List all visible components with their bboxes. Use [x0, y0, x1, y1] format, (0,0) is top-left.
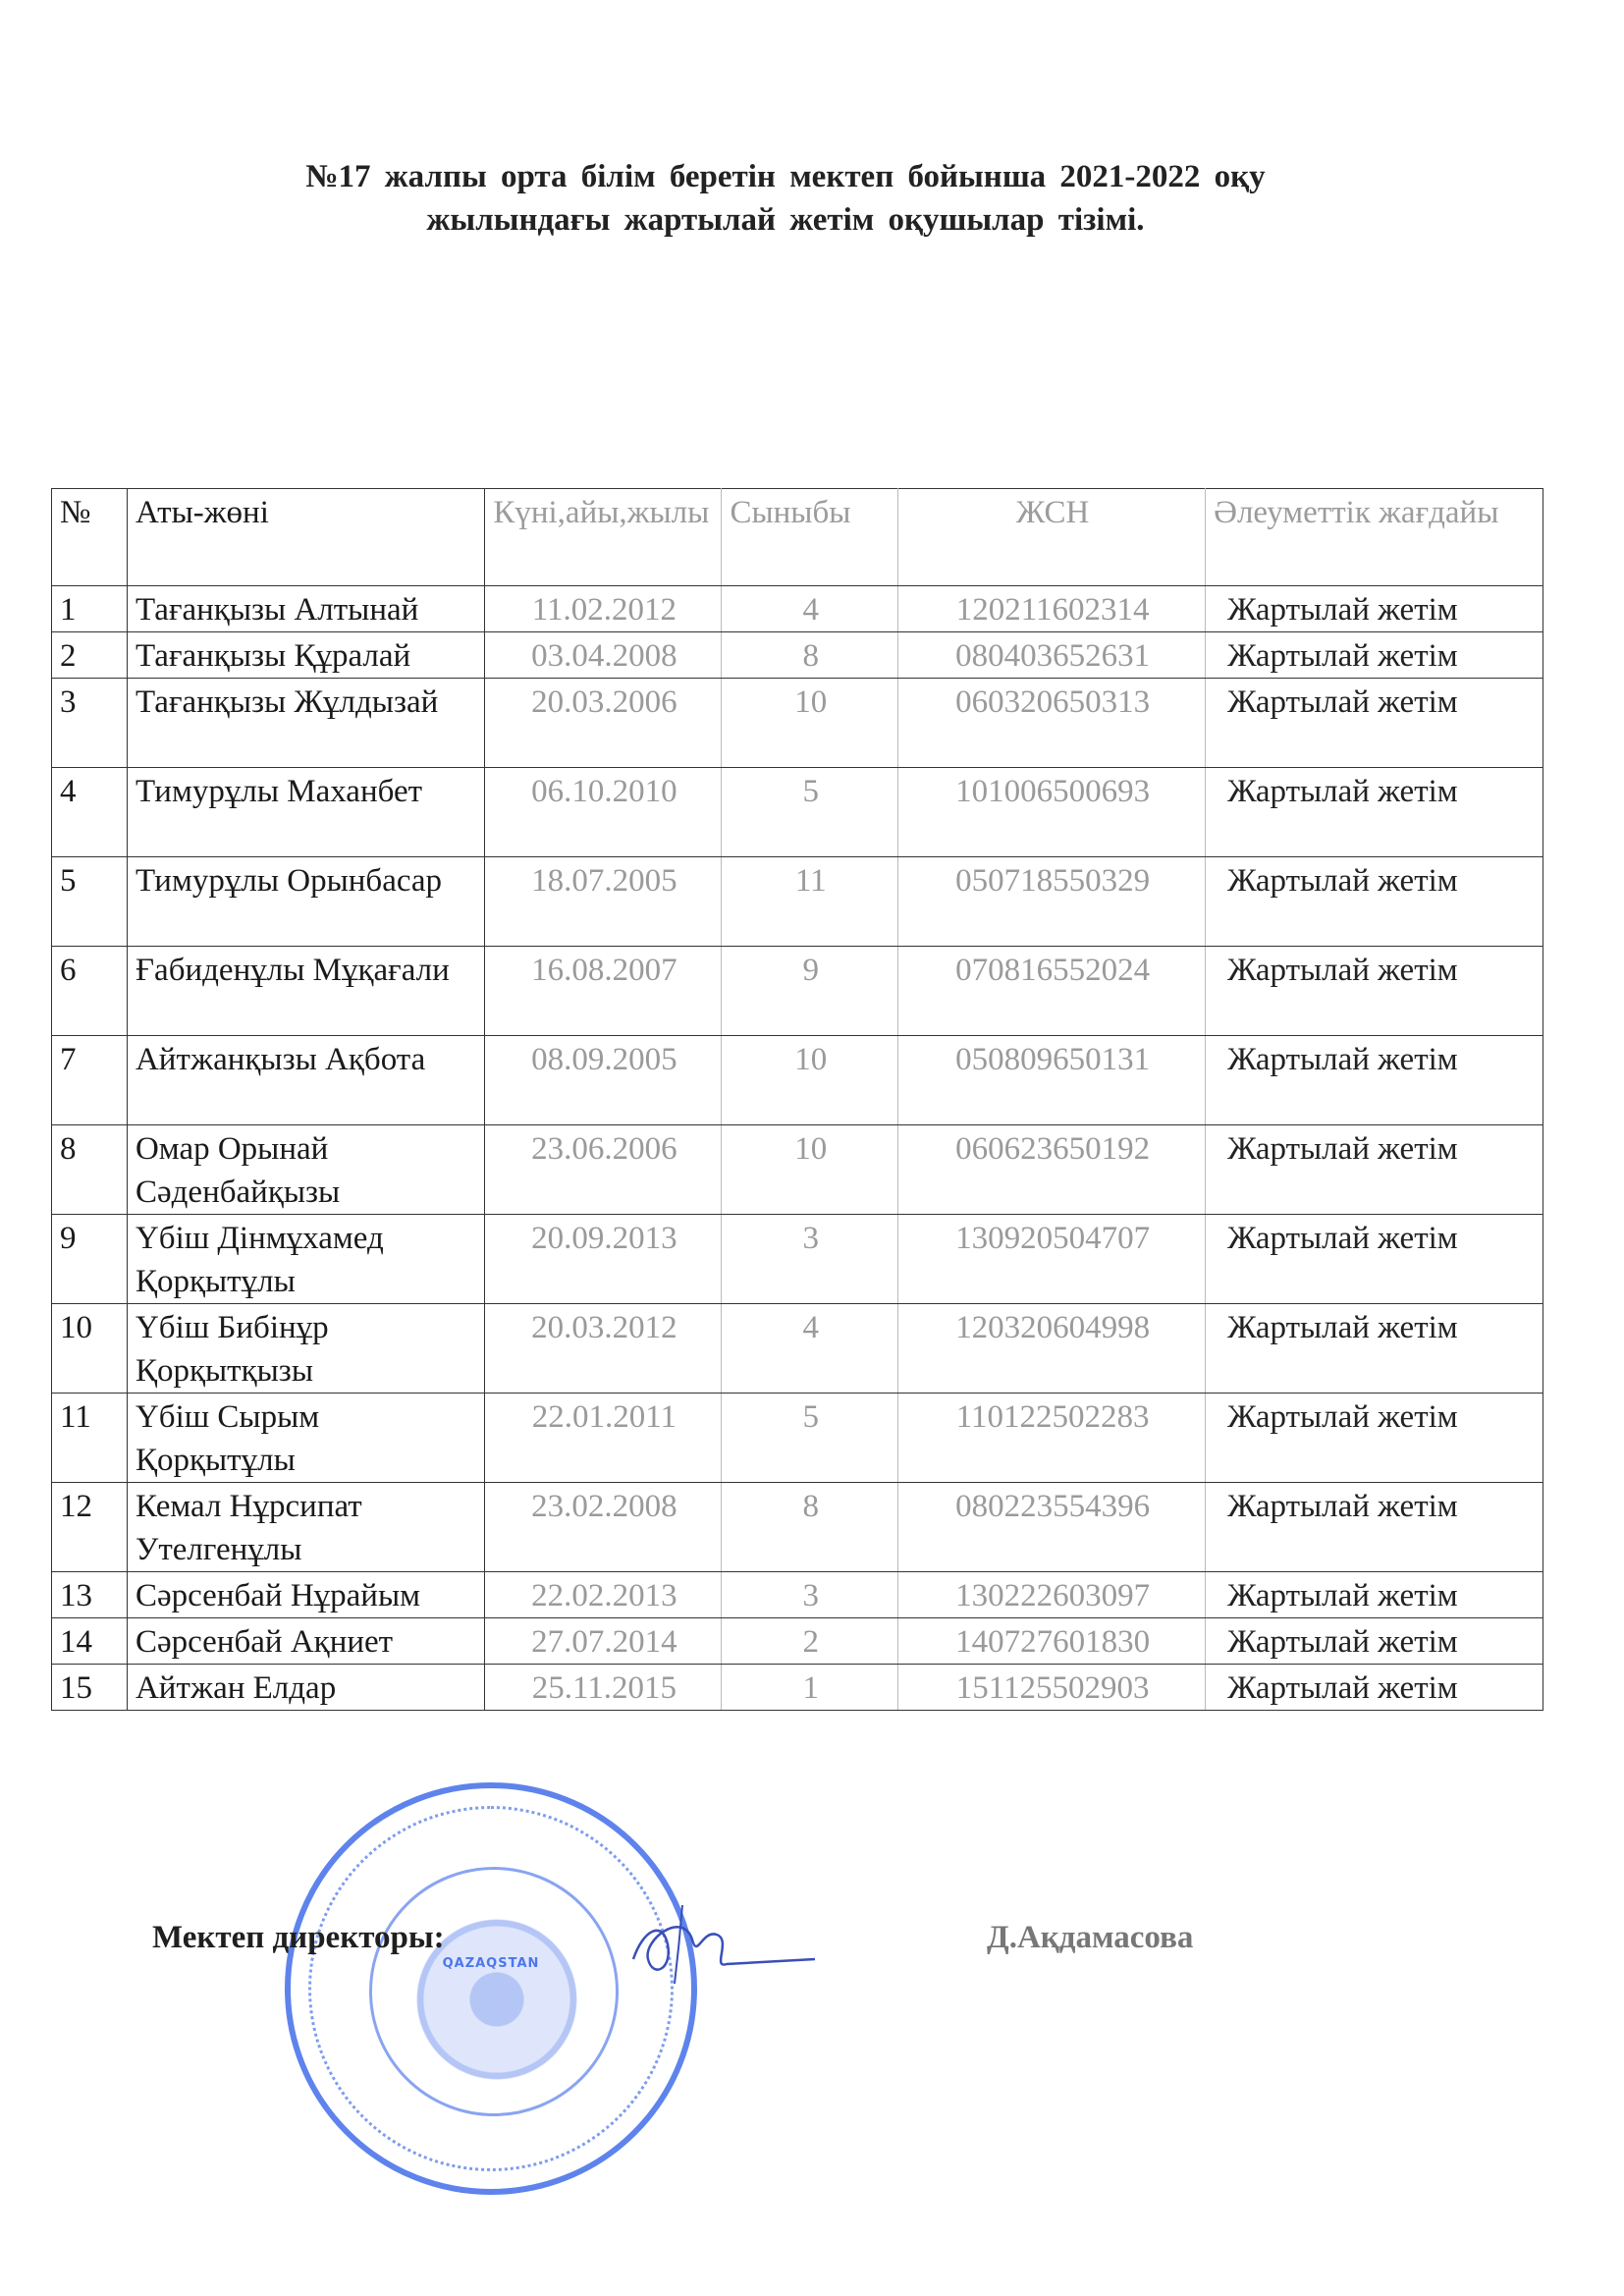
cell-number: 10 [52, 1304, 128, 1394]
header-grade: Сыныбы [722, 489, 898, 586]
title-line-1: №17 жалпы орта білім беретін мектеп бойы… [167, 155, 1404, 198]
cell-grade: 10 [722, 1036, 898, 1125]
header-number: № [52, 489, 128, 586]
cell-iin: 060623650192 [898, 1125, 1206, 1215]
cell-social-status: Жартылай жетім [1206, 947, 1543, 1036]
cell-social-status: Жартылай жетім [1206, 768, 1543, 857]
cell-grade: 5 [722, 1394, 898, 1483]
cell-full-name: Сәрсенбай Ақниет [127, 1618, 484, 1665]
cell-grade: 2 [722, 1618, 898, 1665]
cell-social-status: Жартылай жетім [1206, 1618, 1543, 1665]
cell-birth-date: 22.02.2013 [485, 1572, 722, 1618]
cell-birth-date: 23.06.2006 [485, 1125, 722, 1215]
cell-grade: 1 [722, 1665, 898, 1711]
table-row: 15Айтжан Елдар25.11.20151151125502903Жар… [52, 1665, 1543, 1711]
cell-iin: 110122502283 [898, 1394, 1206, 1483]
cell-birth-date: 25.11.2015 [485, 1665, 722, 1711]
cell-grade: 10 [722, 1125, 898, 1215]
cell-iin: 120320604998 [898, 1304, 1206, 1394]
cell-grade: 5 [722, 768, 898, 857]
table-row: 9Үбіш Дінмұхамед Қорқытұлы20.09.20133130… [52, 1215, 1543, 1304]
cell-iin: 101006500693 [898, 768, 1206, 857]
cell-iin: 130920504707 [898, 1215, 1206, 1304]
cell-iin: 120211602314 [898, 586, 1206, 632]
director-name: Д.Ақдамасова [987, 1920, 1193, 1956]
cell-social-status: Жартылай жетім [1206, 632, 1543, 679]
cell-social-status: Жартылай жетім [1206, 586, 1543, 632]
cell-social-status: Жартылай жетім [1206, 1665, 1543, 1711]
cell-iin: 140727601830 [898, 1618, 1206, 1665]
cell-number: 9 [52, 1215, 128, 1304]
cell-number: 2 [52, 632, 128, 679]
signature-icon [623, 1900, 820, 1989]
cell-social-status: Жартылай жетім [1206, 1125, 1543, 1215]
cell-iin: 050718550329 [898, 857, 1206, 947]
cell-full-name: Тимурұлы Маханбет [127, 768, 484, 857]
cell-number: 3 [52, 679, 128, 768]
official-stamp: QAZAQSTAN [285, 1782, 697, 2195]
header-birth-date: Күні,айы,жылы [485, 489, 722, 586]
cell-grade: 8 [722, 632, 898, 679]
cell-grade: 3 [722, 1215, 898, 1304]
cell-birth-date: 16.08.2007 [485, 947, 722, 1036]
director-label: Мектеп директоры: [152, 1920, 445, 1956]
table-row: 1Тағанқызы Алтынай11.02.2012412021160231… [52, 586, 1543, 632]
cell-full-name: Тимурұлы Орынбасар [127, 857, 484, 947]
cell-social-status: Жартылай жетім [1206, 1483, 1543, 1572]
table-row: 6Ғабиденұлы Мұқағали16.08.20079070816552… [52, 947, 1543, 1036]
cell-birth-date: 03.04.2008 [485, 632, 722, 679]
cell-full-name: Үбіш Сырым Қорқытұлы [127, 1394, 484, 1483]
cell-number: 14 [52, 1618, 128, 1665]
cell-social-status: Жартылай жетім [1206, 857, 1543, 947]
cell-grade: 4 [722, 1304, 898, 1394]
cell-birth-date: 06.10.2010 [485, 768, 722, 857]
header-iin: ЖСН [898, 489, 1206, 586]
cell-iin: 080223554396 [898, 1483, 1206, 1572]
cell-full-name: Ғабиденұлы Мұқағали [127, 947, 484, 1036]
cell-birth-date: 20.03.2012 [485, 1304, 722, 1394]
cell-number: 8 [52, 1125, 128, 1215]
cell-number: 6 [52, 947, 128, 1036]
header-social-status: Әлеуметтік жағдайы [1206, 489, 1543, 586]
table-body: 1Тағанқызы Алтынай11.02.2012412021160231… [52, 586, 1543, 1711]
cell-social-status: Жартылай жетім [1206, 1215, 1543, 1304]
cell-number: 7 [52, 1036, 128, 1125]
cell-birth-date: 11.02.2012 [485, 586, 722, 632]
cell-number: 13 [52, 1572, 128, 1618]
title-line-2: жылындағы жартылай жетім оқушылар тізімі… [167, 198, 1404, 242]
table-row: 14Сәрсенбай Ақниет27.07.2014214072760183… [52, 1618, 1543, 1665]
cell-full-name: Сәрсенбай Нұрайым [127, 1572, 484, 1618]
cell-grade: 11 [722, 857, 898, 947]
cell-grade: 3 [722, 1572, 898, 1618]
cell-birth-date: 08.09.2005 [485, 1036, 722, 1125]
cell-iin: 060320650313 [898, 679, 1206, 768]
cell-social-status: Жартылай жетім [1206, 1572, 1543, 1618]
cell-birth-date: 20.03.2006 [485, 679, 722, 768]
cell-full-name: Айтжан Елдар [127, 1665, 484, 1711]
cell-full-name: Айтжанқызы Ақбота [127, 1036, 484, 1125]
table-row: 3Тағанқызы Жұлдызай20.03.200610060320650… [52, 679, 1543, 768]
cell-number: 4 [52, 768, 128, 857]
cell-birth-date: 20.09.2013 [485, 1215, 722, 1304]
cell-social-status: Жартылай жетім [1206, 679, 1543, 768]
table-row: 8Омар Орынай Сәденбайқызы23.06.200610060… [52, 1125, 1543, 1215]
cell-birth-date: 22.01.2011 [485, 1394, 722, 1483]
cell-full-name: Тағанқызы Алтынай [127, 586, 484, 632]
cell-birth-date: 27.07.2014 [485, 1618, 722, 1665]
cell-number: 12 [52, 1483, 128, 1572]
cell-iin: 080403652631 [898, 632, 1206, 679]
cell-number: 11 [52, 1394, 128, 1483]
cell-iin: 070816552024 [898, 947, 1206, 1036]
cell-full-name: Үбіш Дінмұхамед Қорқытұлы [127, 1215, 484, 1304]
students-table: № Аты-жөні Күні,айы,жылы Сыныбы ЖСН Әлеу… [51, 488, 1543, 1711]
cell-full-name: Үбіш Бибінұр Қорқытқызы [127, 1304, 484, 1394]
cell-grade: 8 [722, 1483, 898, 1572]
cell-birth-date: 18.07.2005 [485, 857, 722, 947]
cell-iin: 050809650131 [898, 1036, 1206, 1125]
cell-full-name: Тағанқызы Жұлдызай [127, 679, 484, 768]
cell-number: 5 [52, 857, 128, 947]
cell-full-name: Тағанқызы Құралай [127, 632, 484, 679]
table-row: 7Айтжанқызы Ақбота08.09.2005100508096501… [52, 1036, 1543, 1125]
cell-grade: 4 [722, 586, 898, 632]
table-row: 11Үбіш Сырым Қорқытұлы22.01.201151101225… [52, 1394, 1543, 1483]
table-header-row: № Аты-жөні Күні,айы,жылы Сыныбы ЖСН Әлеу… [52, 489, 1543, 586]
table-row: 12Кемал Нұрсипат Утелгенұлы23.02.2008808… [52, 1483, 1543, 1572]
cell-iin: 151125502903 [898, 1665, 1206, 1711]
table-row: 4Тимурұлы Маханбет06.10.2010510100650069… [52, 768, 1543, 857]
cell-grade: 9 [722, 947, 898, 1036]
table-row: 2Тағанқызы Құралай03.04.2008808040365263… [52, 632, 1543, 679]
cell-iin: 130222603097 [898, 1572, 1206, 1618]
document-title: №17 жалпы орта білім беретін мектеп бойы… [167, 155, 1404, 242]
cell-number: 15 [52, 1665, 128, 1711]
table-row: 10Үбіш Бибінұр Қорқытқызы20.03.201241203… [52, 1304, 1543, 1394]
cell-full-name: Омар Орынай Сәденбайқызы [127, 1125, 484, 1215]
table-row: 5Тимурұлы Орынбасар18.07.200511050718550… [52, 857, 1543, 947]
table-row: 13Сәрсенбай Нұрайым22.02.201331302226030… [52, 1572, 1543, 1618]
cell-full-name: Кемал Нұрсипат Утелгенұлы [127, 1483, 484, 1572]
cell-birth-date: 23.02.2008 [485, 1483, 722, 1572]
cell-social-status: Жартылай жетім [1206, 1394, 1543, 1483]
cell-social-status: Жартылай жетім [1206, 1304, 1543, 1394]
cell-grade: 10 [722, 679, 898, 768]
cell-social-status: Жартылай жетім [1206, 1036, 1543, 1125]
header-full-name: Аты-жөні [127, 489, 484, 586]
cell-number: 1 [52, 586, 128, 632]
